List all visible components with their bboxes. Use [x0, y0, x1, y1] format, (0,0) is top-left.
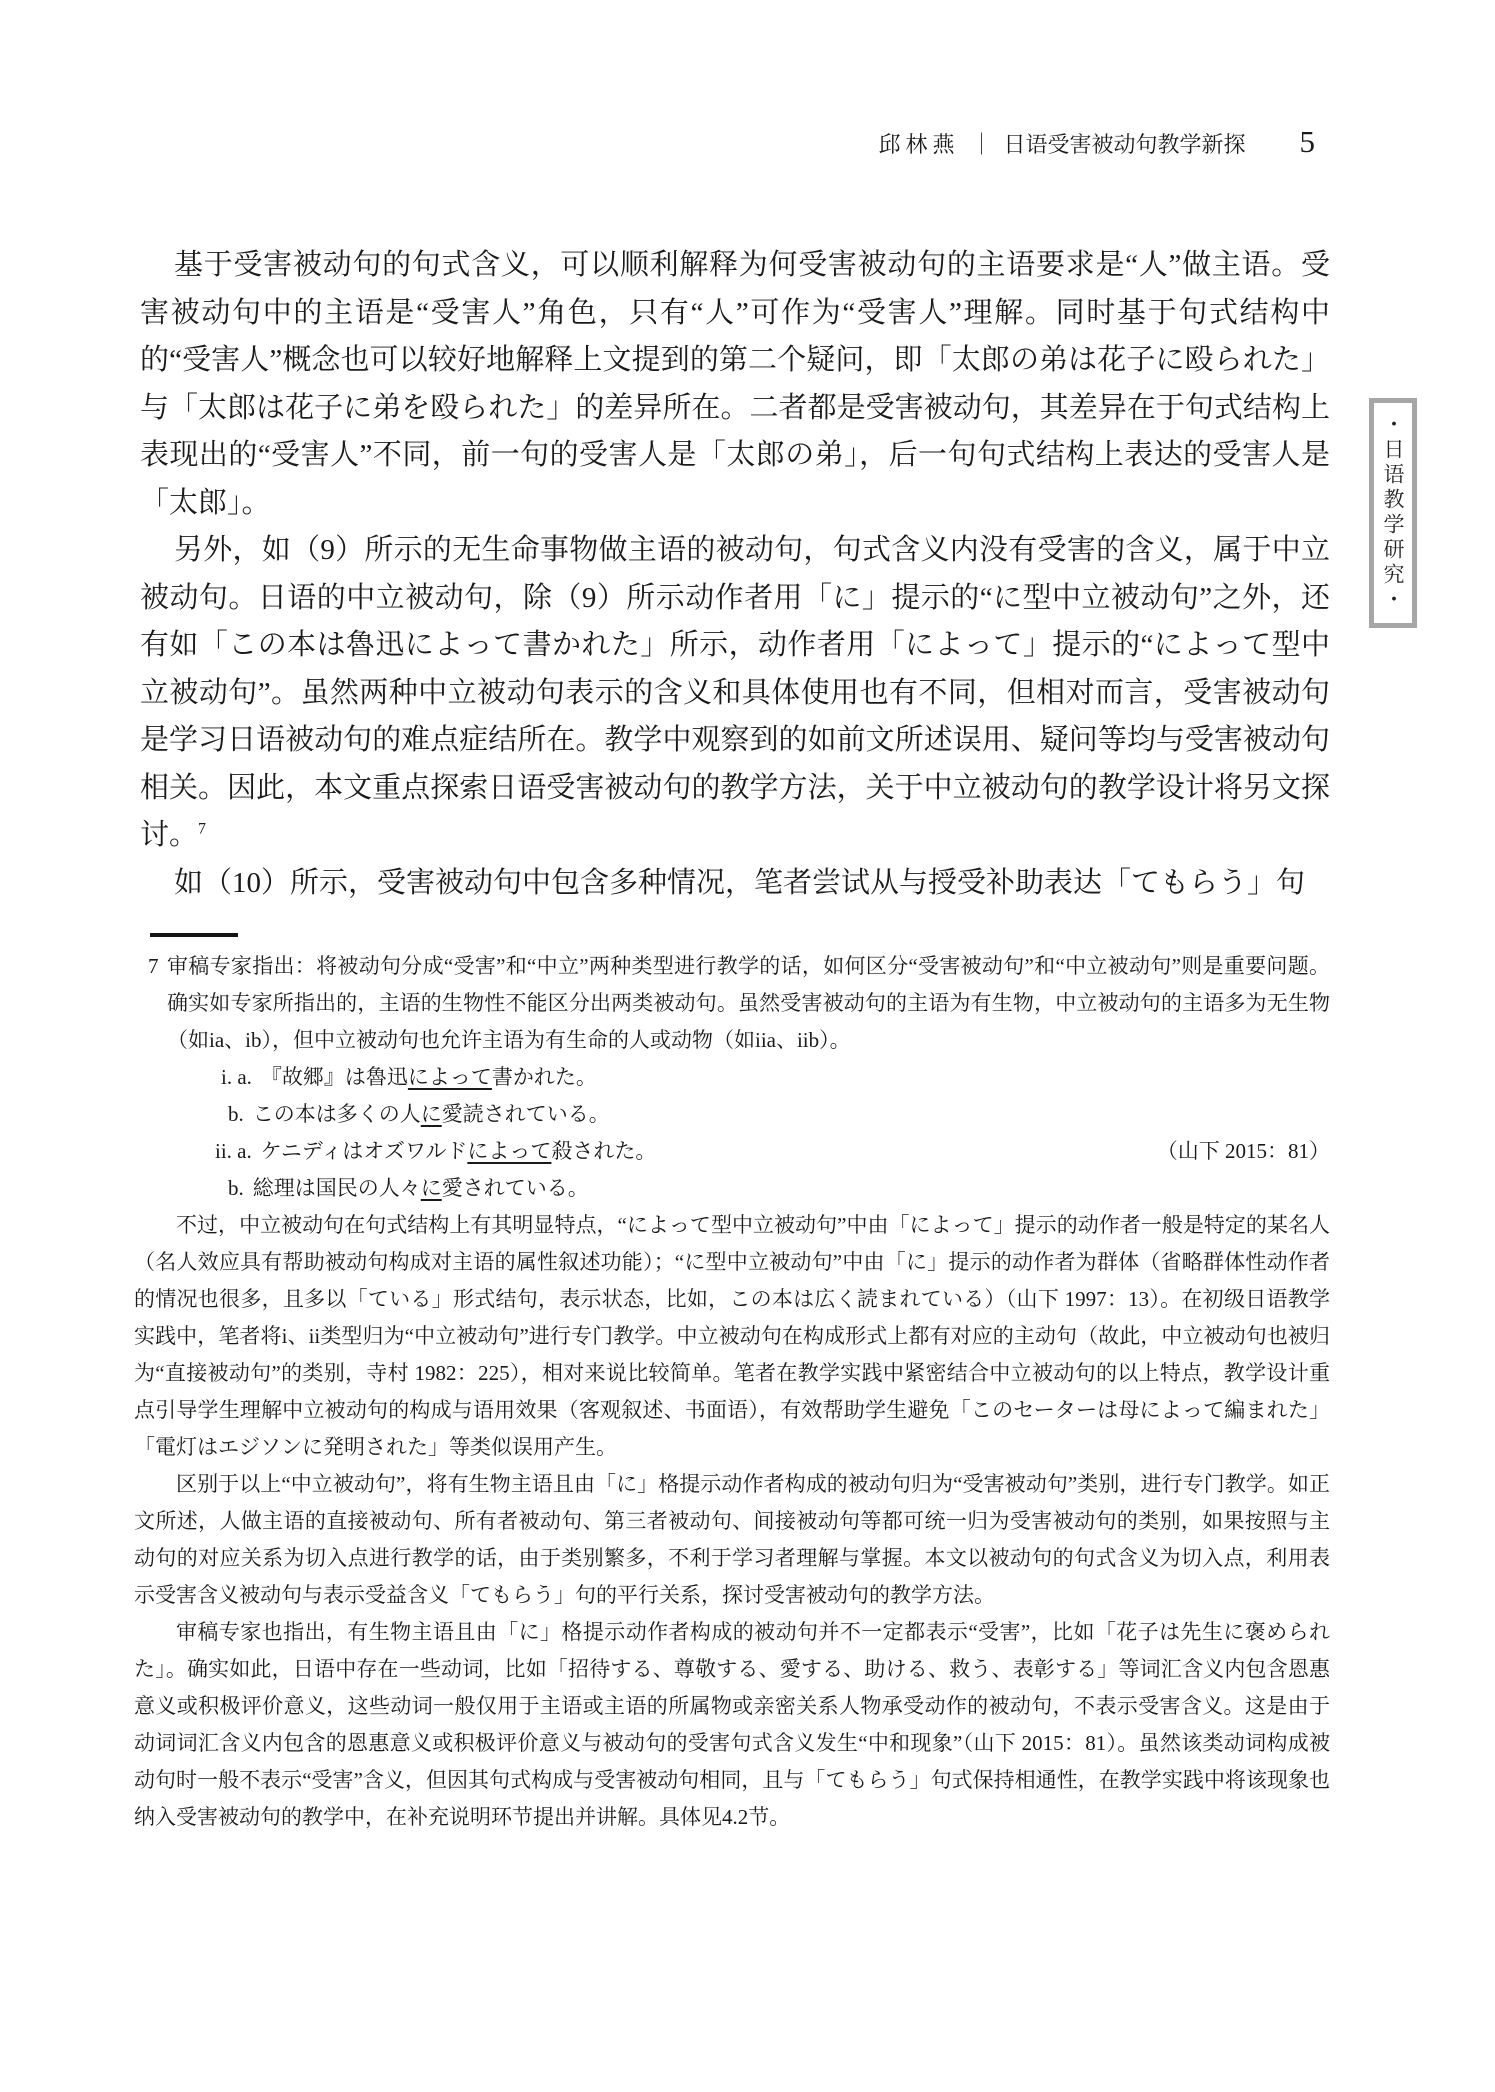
document-page: 邱林燕 ｜ 日语受害被动句教学新探 5 ・日语教学研究・ 基于受害被动句的句式含… [0, 0, 1495, 2092]
example-label: b. [228, 1170, 253, 1207]
paragraph-text: 另外，如（9）所示的无生命事物做主语的被动句，句式含义内没有受害的含义，属于中立… [140, 534, 1330, 851]
paragraph: 另外，如（9）所示的无生命事物做主语的被动句，句式含义内没有受害的含义，属于中立… [140, 527, 1330, 860]
page-header: 邱林燕 ｜ 日语受害被动句教学新探 5 [0, 124, 1315, 160]
example-list: i. a. 『故郷』は魯迅によって書かれた。 b. この本は多くの人に愛読されて… [200, 1059, 1330, 1207]
example-text-underlined: によって [408, 1065, 492, 1089]
example-text-pre: ケニディはオズワルド [261, 1139, 468, 1163]
example-text-pre: 『故郷』は魯迅 [261, 1065, 408, 1089]
footnote-number: 7 [148, 948, 159, 985]
example-text: ケニディはオズワルドによって殺された。 [261, 1133, 657, 1170]
footnote-ref: 7 [198, 820, 206, 837]
example-label: b. [228, 1096, 253, 1133]
header-separator: ｜ [970, 128, 992, 159]
example-item: ii. a. ケニディはオズワルドによって殺された。 （山下 2015：81） [215, 1133, 1330, 1170]
footnote-paragraph: 不过，中立被动句在句式结构上有其明显特点，“によって型中立被动句”中由「によって… [134, 1207, 1330, 1466]
sidebar-section-box: ・日语教学研究・ [1369, 398, 1417, 628]
example-text-underlined: に [421, 1102, 442, 1126]
example-text-post: 書かれた。 [492, 1065, 597, 1089]
article-title: 日语受害被动句教学新探 [1003, 128, 1245, 159]
paragraph: 如（10）所示，受害被动句中包含多种情况，笔者尝试从与授受补助表达「てもらう」句 [140, 860, 1330, 908]
example-text-post: 殺された。 [551, 1139, 656, 1163]
example-text-post: 愛されている。 [442, 1176, 589, 1200]
example-text: 総理は国民の人々に愛されている。 [253, 1170, 589, 1207]
example-text: この本は多くの人に愛読されている。 [253, 1096, 610, 1133]
footnote-intro: 审稿专家指出：将被动句分成“受害”和“中立”两种类型进行教学的话，如何区分“受害… [167, 948, 1330, 1059]
example-text-underlined: に [421, 1176, 442, 1200]
paragraph: 基于受害被动句的句式含义，可以顺利解释为何受害被动句的主语要求是“人”做主语。受… [140, 242, 1330, 527]
footnote-paragraph: 区别于以上“中立被动句”，将有生物主语且由「に」格提示动作者构成的被动句归为“受… [134, 1466, 1330, 1614]
example-text-pre: 総理は国民の人々 [253, 1176, 421, 1200]
example-text: 『故郷』は魯迅によって書かれた。 [261, 1059, 597, 1096]
paragraph-text: 如（10）所示，受害被动句中包含多种情况，笔者尝试从与授受补助表达「てもらう」句 [174, 867, 1305, 899]
example-label: ii. a. [215, 1133, 261, 1170]
body-text: 基于受害被动句的句式含义，可以顺利解释为何受害被动句的主语要求是“人”做主语。受… [140, 242, 1330, 907]
example-item: b. この本は多くの人に愛読されている。 [228, 1096, 1330, 1133]
example-label: i. a. [221, 1059, 261, 1096]
footnote-divider [150, 933, 238, 937]
footnote-paragraph: 审稿专家也指出，有生物主语且由「に」格提示动作者构成的被动句并不一定都表示“受害… [134, 1614, 1330, 1836]
example-citation: （山下 2015：81） [1137, 1133, 1330, 1170]
footnote: 7 审稿专家指出：将被动句分成“受害”和“中立”两种类型进行教学的话，如何区分“… [134, 948, 1330, 1836]
example-text-pre: この本は多くの人 [253, 1102, 421, 1126]
author-name: 邱林燕 [878, 128, 959, 159]
page-number: 5 [1300, 124, 1316, 160]
example-text-post: 愛読されている。 [442, 1102, 610, 1126]
paragraph-text: 基于受害被动句的句式含义，可以顺利解释为何受害被动句的主语要求是“人”做主语。受… [140, 249, 1330, 519]
footnote-first-block: 7 审稿专家指出：将被动句分成“受害”和“中立”两种类型进行教学的话，如何区分“… [134, 948, 1330, 1207]
example-text-underlined: によって [467, 1139, 551, 1163]
sidebar-section-label: ・日语教学研究・ [1378, 413, 1408, 613]
example-item: i. a. 『故郷』は魯迅によって書かれた。 [221, 1059, 1330, 1096]
example-item: b. 総理は国民の人々に愛されている。 [228, 1170, 1330, 1207]
